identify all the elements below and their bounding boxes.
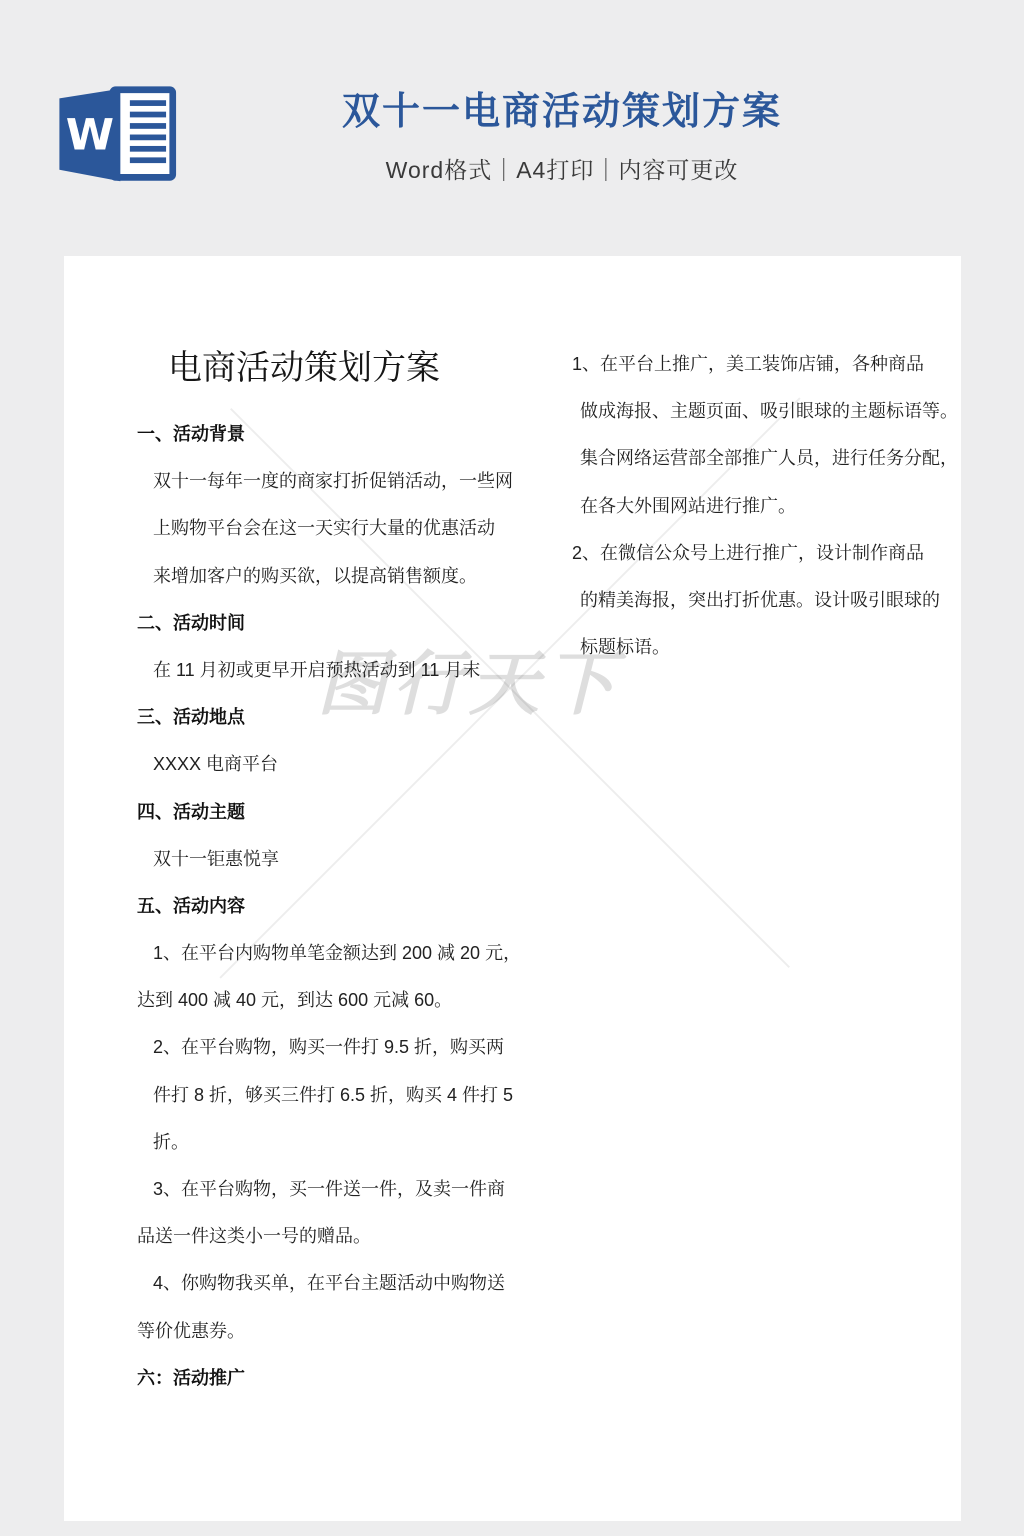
doc-line: 三、活动地点 bbox=[137, 694, 537, 741]
doc-line: 4、你购物我买单，在平台主题活动中购物送 bbox=[137, 1260, 537, 1307]
doc-line: 品送一件这类小一号的赠品。 bbox=[137, 1213, 537, 1260]
doc-line: 的精美海报，突出打折优惠。设计吸引眼球的 bbox=[572, 577, 932, 624]
doc-line: 折。 bbox=[137, 1119, 537, 1166]
doc-line: 达到 400 减 40 元，到达 600 元减 60。 bbox=[137, 977, 537, 1024]
doc-line: 3、在平台购物，买一件送一件，及卖一件商 bbox=[137, 1166, 537, 1213]
doc-line: 来增加客户的购买欲，以提高销售额度。 bbox=[137, 553, 537, 600]
document-page: 图行天下 电商活动策划方案 一、活动背景双十一每年一度的商家打折促销活动，一些网… bbox=[64, 256, 961, 1521]
document-title: 电商活动策划方案 bbox=[168, 346, 440, 390]
doc-line: 做成海报、主题页面、吸引眼球的主题标语等。 bbox=[572, 388, 932, 435]
template-header: W 双十一电商活动策划方案 Word格式｜A4打印｜内容可更改 bbox=[0, 0, 1024, 256]
page-subtitle: Word格式｜A4打印｜内容可更改 bbox=[112, 152, 1012, 185]
doc-line: 五、活动内容 bbox=[137, 883, 537, 930]
doc-line: 一、活动背景 bbox=[137, 411, 537, 458]
page-title: 双十一电商活动策划方案 bbox=[112, 90, 1012, 134]
doc-line: 上购物平台会在这一天实行大量的优惠活动 bbox=[137, 505, 537, 552]
doc-line: 2、在微信公众号上进行推广，设计制作商品 bbox=[572, 530, 932, 577]
doc-line: 等价优惠券。 bbox=[137, 1308, 537, 1355]
doc-line: 双十一每年一度的商家打折促销活动，一些网 bbox=[137, 458, 537, 505]
header-text-block: 双十一电商活动策划方案 Word格式｜A4打印｜内容可更改 bbox=[112, 90, 1012, 185]
right-column: 1、在平台上推广，美工装饰店铺，各种商品做成海报、主题页面、吸引眼球的主题标语等… bbox=[572, 341, 932, 671]
doc-line: 双十一钜惠悦享 bbox=[137, 836, 537, 883]
screenshot-root: W 双十一电商活动策划方案 Word格式｜A4打印｜内容可更改 图行天下 电商活… bbox=[0, 0, 1024, 1536]
word-icon-letter: W bbox=[66, 110, 114, 161]
doc-line: 1、在平台上推广，美工装饰店铺，各种商品 bbox=[572, 341, 932, 388]
doc-line: 六：活动推广 bbox=[137, 1355, 537, 1402]
doc-line: 集合网络运营部全部推广人员，进行任务分配， bbox=[572, 435, 932, 482]
left-column: 一、活动背景双十一每年一度的商家打折促销活动，一些网上购物平台会在这一天实行大量… bbox=[137, 411, 537, 1402]
doc-line: 2、在平台购物，购买一件打 9.5 折，购买两 bbox=[137, 1024, 537, 1071]
doc-line: 在各大外围网站进行推广。 bbox=[572, 483, 932, 530]
doc-line: 1、在平台内购物单笔金额达到 200 减 20 元， bbox=[137, 930, 537, 977]
doc-line: XXXX 电商平台 bbox=[137, 741, 537, 788]
doc-line: 标题标语。 bbox=[572, 624, 932, 671]
doc-line: 件打 8 折，够买三件打 6.5 折，购买 4 件打 5 bbox=[137, 1072, 537, 1119]
doc-line: 四、活动主题 bbox=[137, 789, 537, 836]
doc-line: 二、活动时间 bbox=[137, 600, 537, 647]
doc-line: 在 11 月初或更早开启预热活动到 11 月末 bbox=[137, 647, 537, 694]
